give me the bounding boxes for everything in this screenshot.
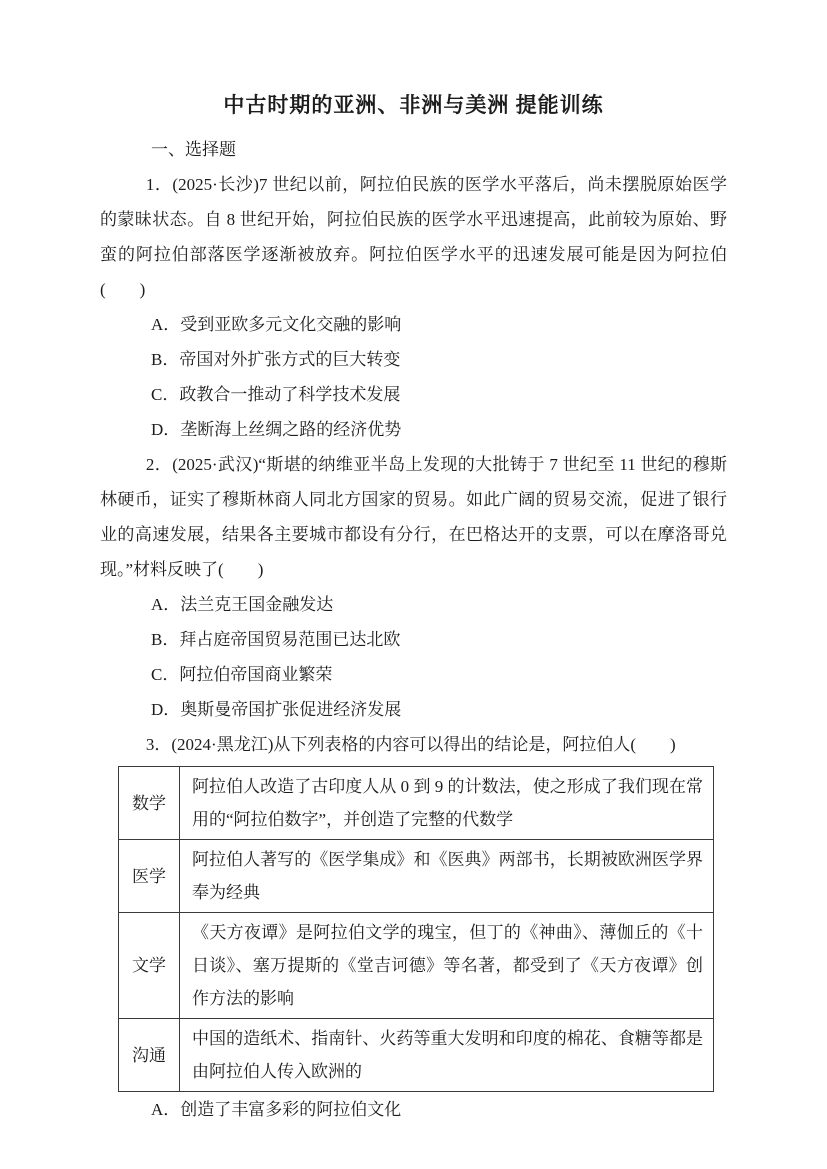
section-heading: 一、选择题 (100, 132, 727, 167)
row-content-communication: 中国的造纸术、指南针、火药等重大发明和印度的棉花、食糖等都是由阿拉伯人传入欧洲的 (180, 1019, 714, 1092)
table-row-medicine: 医学 阿拉伯人著写的《医学集成》和《医典》两部书，长期被欧洲医学界奉为经典 (119, 840, 714, 913)
question-2-option-c: C．阿拉伯帝国商业繁荣 (100, 657, 727, 692)
question-1-option-d: D．垄断海上丝绸之路的经济优势 (100, 412, 727, 447)
row-content-math: 阿拉伯人改造了古印度人从 0 到 9 的计数法，使之形成了我们现在常用的“阿拉伯… (180, 767, 714, 840)
row-content-literature: 《天方夜谭》是阿拉伯文学的瑰宝，但丁的《神曲》、薄伽丘的《十日谈》、塞万提斯的《… (180, 913, 714, 1019)
row-label-literature: 文学 (119, 913, 180, 1019)
table-row-math: 数学 阿拉伯人改造了古印度人从 0 到 9 的计数法，使之形成了我们现在常用的“… (119, 767, 714, 840)
arab-achievements-table: 数学 阿拉伯人改造了古印度人从 0 到 9 的计数法，使之形成了我们现在常用的“… (118, 766, 714, 1092)
page-title: 中古时期的亚洲、非洲与美洲 提能训练 (100, 90, 727, 120)
row-label-math: 数学 (119, 767, 180, 840)
question-2-option-d: D．奥斯曼帝国扩张促进经济发展 (100, 692, 727, 727)
question-1-stem: 1．(2025·长沙)7 世纪以前，阿拉伯民族的医学水平落后，尚未摆脱原始医学的… (100, 167, 727, 307)
question-2-option-b: B．拜占庭帝国贸易范围已达北欧 (100, 622, 727, 657)
question-1-option-b: B．帝国对外扩张方式的巨大转变 (100, 342, 727, 377)
row-label-communication: 沟通 (119, 1019, 180, 1092)
question-3-option-a: A．创造了丰富多彩的阿拉伯文化 (100, 1092, 727, 1127)
row-content-medicine: 阿拉伯人著写的《医学集成》和《医典》两部书，长期被欧洲医学界奉为经典 (180, 840, 714, 913)
question-1-option-a: A．受到亚欧多元文化交融的影响 (100, 307, 727, 342)
question-1-option-c: C．政教合一推动了科学技术发展 (100, 377, 727, 412)
row-label-medicine: 医学 (119, 840, 180, 913)
question-2-option-a: A．法兰克王国金融发达 (100, 587, 727, 622)
table-row-communication: 沟通 中国的造纸术、指南针、火药等重大发明和印度的棉花、食糖等都是由阿拉伯人传入… (119, 1019, 714, 1092)
document-page: 中古时期的亚洲、非洲与美洲 提能训练 一、选择题 1．(2025·长沙)7 世纪… (0, 0, 827, 1169)
question-2-stem: 2．(2025·武汉)“斯堪的纳维亚半岛上发现的大批铸于 7 世纪至 11 世纪… (100, 447, 727, 587)
question-3-stem: 3．(2024·黑龙江)从下列表格的内容可以得出的结论是，阿拉伯人( ) (100, 727, 727, 762)
table-row-literature: 文学 《天方夜谭》是阿拉伯文学的瑰宝，但丁的《神曲》、薄伽丘的《十日谈》、塞万提… (119, 913, 714, 1019)
